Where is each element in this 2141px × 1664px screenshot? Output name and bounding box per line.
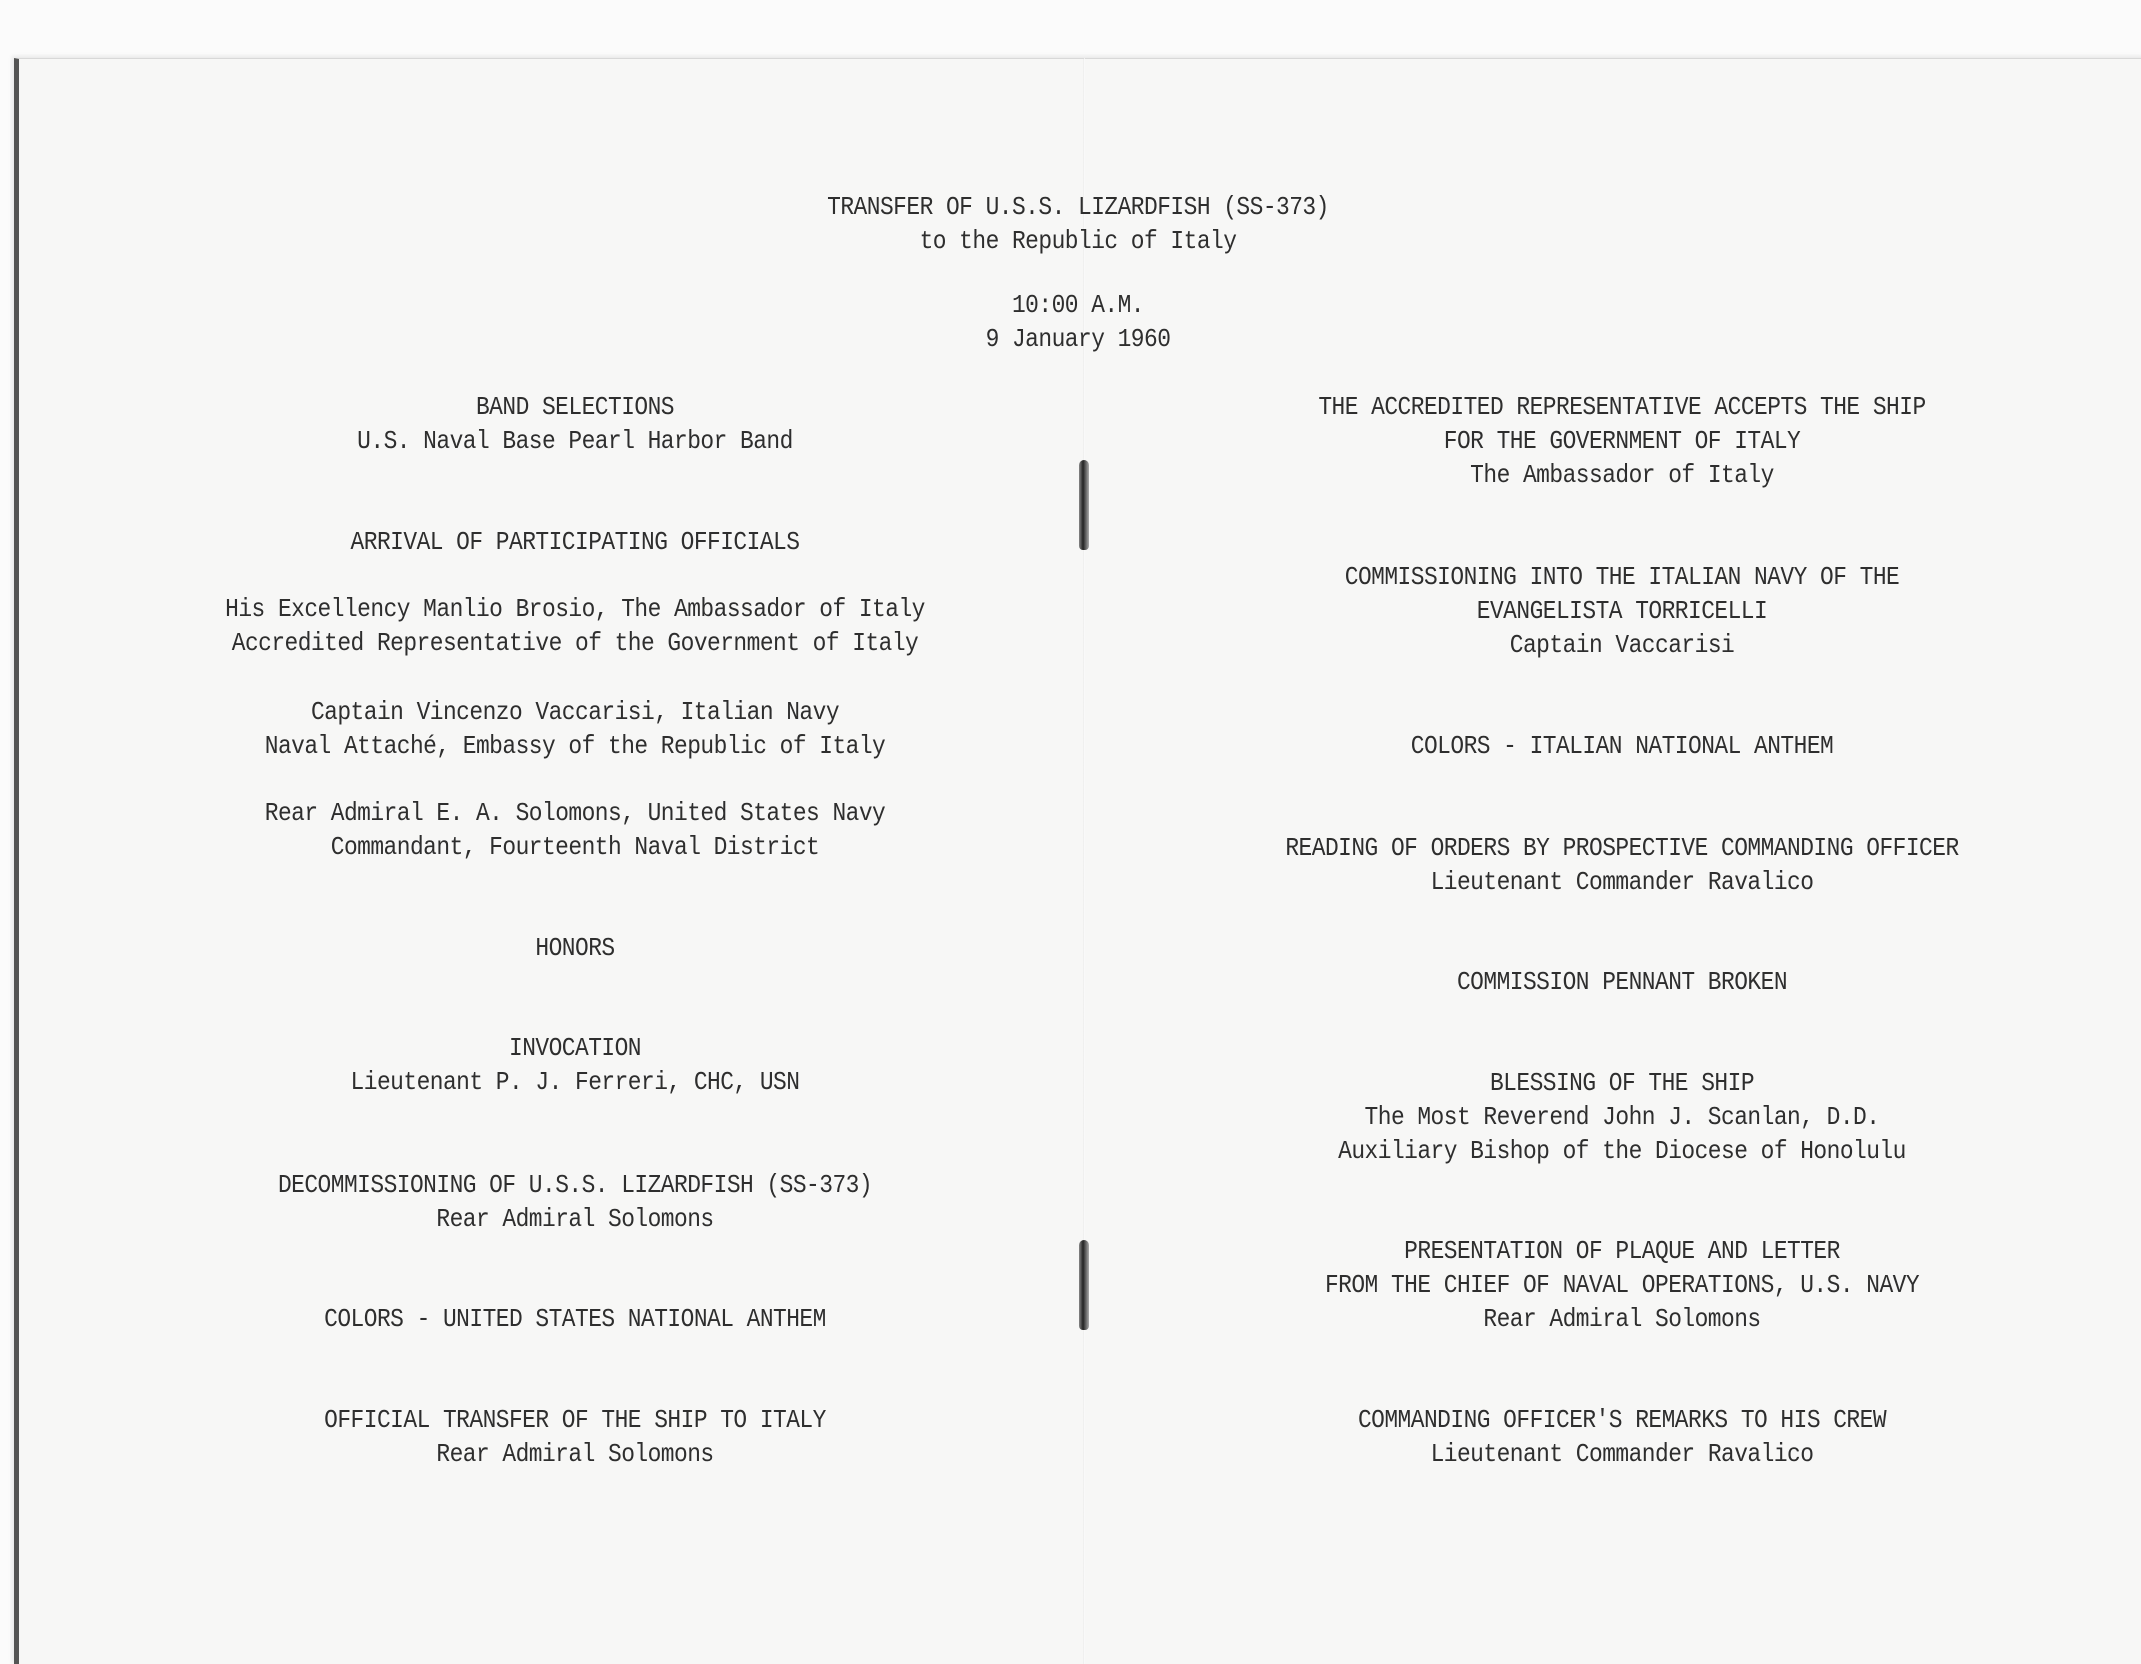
program-item-heading: READING OF ORDERS BY PROSPECTIVE COMMAND… bbox=[1285, 831, 1958, 865]
program-item: THE ACCREDITED REPRESENTATIVE ACCEPTS TH… bbox=[1318, 390, 1925, 492]
program-item-detail: Commandant, Fourteenth Naval District bbox=[265, 830, 886, 864]
program-item-detail: U.S. Naval Base Pearl Harbor Band bbox=[357, 424, 793, 458]
program-item: Captain Vincenzo Vaccarisi, Italian Navy… bbox=[265, 695, 886, 763]
program-item-detail: Accredited Representative of the Governm… bbox=[225, 626, 925, 660]
program-item-detail: Lieutenant Commander Ravalico bbox=[1358, 1437, 1886, 1471]
program-item-detail: FROM THE CHIEF OF NAVAL OPERATIONS, U.S.… bbox=[1325, 1268, 1919, 1302]
program-item: DECOMMISSIONING OF U.S.S. LIZARDFISH (SS… bbox=[278, 1168, 872, 1236]
program-item: INVOCATIONLieutenant P. J. Ferreri, CHC,… bbox=[351, 1031, 800, 1099]
program-item-heading: INVOCATION bbox=[351, 1031, 800, 1065]
program-item: COLORS - ITALIAN NATIONAL ANTHEM bbox=[1411, 729, 1833, 763]
program-item-detail: Lieutenant P. J. Ferreri, CHC, USN bbox=[351, 1065, 800, 1099]
program-item: HONORS bbox=[535, 931, 614, 965]
program-item-heading: OFFICIAL TRANSFER OF THE SHIP TO ITALY bbox=[324, 1403, 826, 1437]
program-item-heading: ARRIVAL OF PARTICIPATING OFFICIALS bbox=[351, 525, 800, 559]
program-title: TRANSFER OF U.S.S. LIZARDFISH (SS-373) t… bbox=[827, 190, 1329, 258]
program-item-detail: The Most Reverend John J. Scanlan, D.D. bbox=[1338, 1100, 1906, 1134]
program-item-heading: COLORS - UNITED STATES NATIONAL ANTHEM bbox=[324, 1302, 826, 1336]
program-item-heading: COMMISSIONING INTO THE ITALIAN NAVY OF T… bbox=[1345, 560, 1899, 594]
program-item: Rear Admiral E. A. Solomons, United Stat… bbox=[265, 796, 886, 864]
staple-icon bbox=[1079, 1240, 1089, 1330]
program-item-heading: BAND SELECTIONS bbox=[357, 390, 793, 424]
program-item-heading: PRESENTATION OF PLAQUE AND LETTER bbox=[1325, 1234, 1919, 1268]
program-item-detail: The Ambassador of Italy bbox=[1318, 458, 1925, 492]
program-datetime: 10:00 A.M. 9 January 1960 bbox=[986, 288, 1171, 356]
program-item-heading: BLESSING OF THE SHIP bbox=[1338, 1066, 1906, 1100]
program-item-heading: COMMISSION PENNANT BROKEN bbox=[1457, 965, 1787, 999]
program-item: OFFICIAL TRANSFER OF THE SHIP TO ITALYRe… bbox=[324, 1403, 826, 1471]
program-item: His Excellency Manlio Brosio, The Ambass… bbox=[225, 592, 925, 660]
program-item-detail: Naval Attaché, Embassy of the Republic o… bbox=[265, 729, 886, 763]
program-item-heading: COMMANDING OFFICER'S REMARKS TO HIS CREW bbox=[1358, 1403, 1886, 1437]
program-item: COMMISSIONING INTO THE ITALIAN NAVY OF T… bbox=[1345, 560, 1899, 662]
program-item-detail: FOR THE GOVERNMENT OF ITALY bbox=[1318, 424, 1925, 458]
program-item-heading: HONORS bbox=[535, 931, 614, 965]
program-item: COMMANDING OFFICER'S REMARKS TO HIS CREW… bbox=[1358, 1403, 1886, 1471]
program-item-detail: EVANGELISTA TORRICELLI bbox=[1345, 594, 1899, 628]
program-item: READING OF ORDERS BY PROSPECTIVE COMMAND… bbox=[1285, 831, 1958, 899]
title-line: TRANSFER OF U.S.S. LIZARDFISH (SS-373) bbox=[827, 190, 1329, 224]
subtitle-line: to the Republic of Italy bbox=[827, 224, 1329, 258]
program-item-detail: His Excellency Manlio Brosio, The Ambass… bbox=[225, 592, 925, 626]
program-item: COMMISSION PENNANT BROKEN bbox=[1457, 965, 1787, 999]
program-item-detail: Lieutenant Commander Ravalico bbox=[1285, 865, 1958, 899]
program-date: 9 January 1960 bbox=[986, 322, 1171, 356]
program-item-detail: Captain Vincenzo Vaccarisi, Italian Navy bbox=[265, 695, 886, 729]
program-item: BLESSING OF THE SHIPThe Most Reverend Jo… bbox=[1338, 1066, 1906, 1168]
program-item-heading: DECOMMISSIONING OF U.S.S. LIZARDFISH (SS… bbox=[278, 1168, 872, 1202]
program-item: PRESENTATION OF PLAQUE AND LETTERFROM TH… bbox=[1325, 1234, 1919, 1336]
program-item-detail: Auxiliary Bishop of the Diocese of Honol… bbox=[1338, 1134, 1906, 1168]
program-item-detail: Rear Admiral Solomons bbox=[324, 1437, 826, 1471]
program-item: BAND SELECTIONSU.S. Naval Base Pearl Har… bbox=[357, 390, 793, 458]
program-item-detail: Rear Admiral Solomons bbox=[278, 1202, 872, 1236]
program-item-detail: Rear Admiral Solomons bbox=[1325, 1302, 1919, 1336]
program-item: ARRIVAL OF PARTICIPATING OFFICIALS bbox=[351, 525, 800, 559]
program-item-heading: THE ACCREDITED REPRESENTATIVE ACCEPTS TH… bbox=[1318, 390, 1925, 424]
staple-icon bbox=[1079, 460, 1089, 550]
program-item-heading: COLORS - ITALIAN NATIONAL ANTHEM bbox=[1411, 729, 1833, 763]
program-time: 10:00 A.M. bbox=[986, 288, 1171, 322]
program-item-detail: Captain Vaccarisi bbox=[1345, 628, 1899, 662]
program-item: COLORS - UNITED STATES NATIONAL ANTHEM bbox=[324, 1302, 826, 1336]
program-item-detail: Rear Admiral E. A. Solomons, United Stat… bbox=[265, 796, 886, 830]
